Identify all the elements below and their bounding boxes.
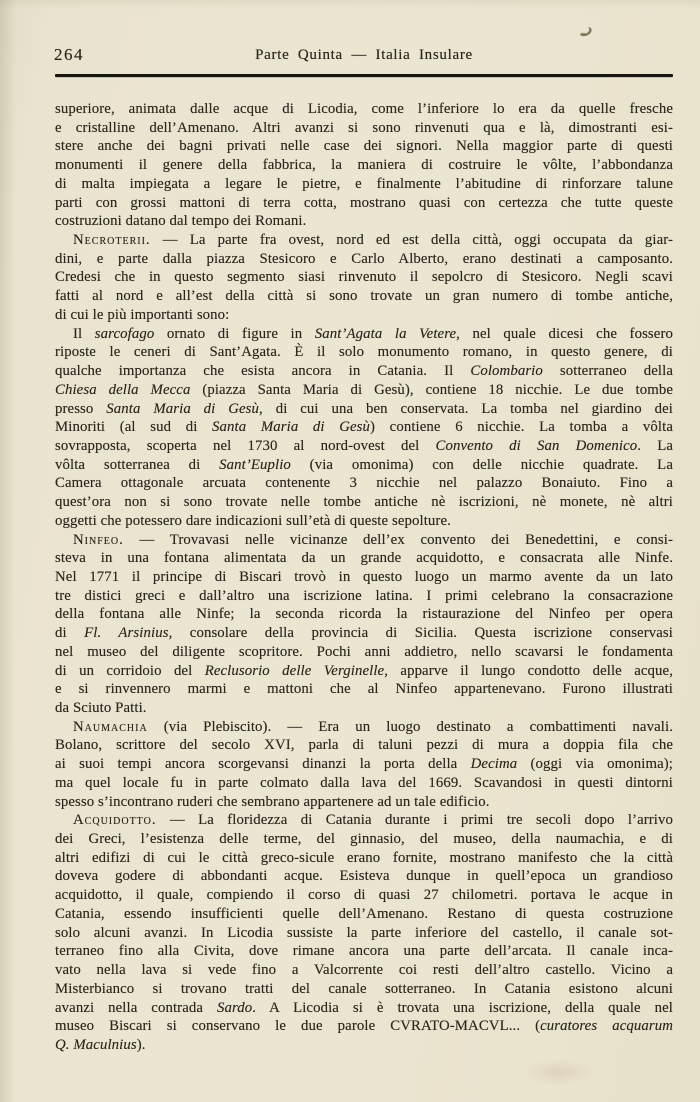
text-line: doveva godere di abbondanti acque. Esist… — [55, 867, 673, 886]
text-line: e si rinvennero marmi e mattoni che al N… — [55, 680, 673, 699]
text-run: qualche importanza che esista ancora in … — [55, 363, 470, 379]
text-line: e cristalline dell’Amenano. Altri avanzi… — [55, 119, 673, 138]
stain-mark — [523, 1059, 595, 1085]
text-line: monumenti il genere della fabbrica, la m… — [55, 156, 673, 175]
text-run: avanzi nella contrada — [55, 1000, 217, 1016]
text-line: Necroterii. — La parte fra ovest, nord e… — [55, 231, 673, 250]
text-run: Bolano, scrittore del secolo XVI, parla … — [55, 737, 673, 753]
paragraph: Necroterii. — La parte fra ovest, nord e… — [55, 231, 673, 325]
text-run: spesso s’incontrano ruderi che sembrano … — [55, 794, 490, 810]
text-line: museo Biscari si conservano le due parol… — [55, 1017, 673, 1036]
text-run: ornato di figure in — [154, 326, 314, 342]
text-run: altri edifizi di cui le città greco-sicu… — [55, 850, 673, 866]
italic-term: Colombario — [470, 363, 543, 379]
text-run: steva in una fontana alimentata da un gr… — [55, 550, 673, 566]
text-line: di cui le più importanti sono: — [55, 306, 673, 325]
text-line: altri edifizi di cui le città greco-sicu… — [55, 849, 673, 868]
text-run: ai suoi tempi ancora scorgevansi dinanzi… — [55, 756, 471, 772]
italic-term: Santa Maria di Gesù — [212, 419, 370, 435]
text-line: Chiesa della Mecca (piazza Santa Maria d… — [55, 381, 673, 400]
text-line: dini, e parte dalla piazza Stesicoro e C… — [55, 250, 673, 269]
text-line: oggetti che potessero dare indicazioni s… — [55, 512, 673, 531]
text-line: superiore, animata dalle acque di Licodi… — [55, 100, 673, 119]
text-run: , nel quale dicesi che fossero — [456, 326, 673, 342]
text-run: . A Licodia si è trovata una iscrizione,… — [252, 1000, 673, 1016]
text-run: della fontana alle Ninfe; la seconda ric… — [55, 606, 673, 622]
text-run: sotterraneo della — [543, 363, 673, 379]
text-line: costruzioni datano dal tempo dei Romani. — [55, 212, 673, 231]
page-top-shadow — [0, 0, 700, 10]
page-edge-shadow — [0, 0, 16, 1102]
text-run: (oggi via omonima); — [517, 756, 673, 772]
italic-term: Santa Maria di Gesù — [106, 401, 259, 417]
header-rule — [55, 74, 673, 77]
text-run: di malta impiegata a legare le pietre, e… — [55, 176, 673, 192]
text-line: quest’ora non si sono trovate nelle tomb… — [55, 493, 673, 512]
text-line: presso Santa Maria di Gesù, di cui una b… — [55, 400, 673, 419]
italic-term: curatores acquarum — [540, 1018, 673, 1034]
text-run: dini, e parte dalla piazza Stesicoro e C… — [55, 251, 673, 267]
text-run: presso — [55, 401, 106, 417]
text-line: fatti al nord e all’est della città si s… — [55, 287, 673, 306]
italic-term: Fl. Arsinius — [84, 625, 168, 641]
text-line: acquidotto, il quale, compiendo il corso… — [55, 886, 673, 905]
italic-term: Convento di San Domenico — [436, 438, 638, 454]
text-line: da Sciuto Patti. — [55, 699, 673, 718]
paragraph: Naumachia (via Plebiscito). — Era un luo… — [55, 718, 673, 812]
text-line: riposte le ceneri di Sant’Agata. È il so… — [55, 343, 673, 362]
text-run: terraneo fino alla Civita, dove rimane a… — [55, 943, 673, 959]
text-run: solo alcuni avanzi. In Licodia sussiste … — [55, 925, 673, 941]
text-run: — La floridezza di Catania durante i pri… — [157, 812, 673, 828]
text-line: Nel 1771 il principe di Biscari trovò in… — [55, 568, 673, 587]
text-line: Minoriti (al sud di Santa Maria di Gesù)… — [55, 418, 673, 437]
text-line: ma quel locale fu in parte colmato dalla… — [55, 774, 673, 793]
text-run: superiore, animata dalle acque di Licodi… — [55, 101, 673, 117]
italic-term: sarcofago — [95, 326, 155, 342]
paragraph: Ninfeo. — Trovavasi nelle vicinanze dell… — [55, 531, 673, 718]
text-run: fatti al nord e all’est della città si s… — [55, 288, 673, 304]
text-line: Camera ottagonale arcuata contenente 3 n… — [55, 474, 673, 493]
text-run: vôlta sotterranea di — [55, 457, 219, 473]
text-run: di cui le più importanti sono: — [55, 307, 229, 323]
text-run: (piazza Santa Maria di Gesù), contiene 1… — [190, 382, 673, 398]
book-page: 264 Parte Quinta — Italia Insulare super… — [0, 0, 700, 1102]
text-run: doveva godere di abbondanti acque. Esist… — [55, 868, 673, 884]
italic-term: Q. Maculnius — [55, 1037, 137, 1053]
text-line: Catania, essendo insufficienti quelle de… — [55, 905, 673, 924]
text-run: (via Plebiscito). — Era un luogo destina… — [148, 719, 673, 735]
text-run: . La — [637, 438, 673, 454]
text-line: qualche importanza che esista ancora in … — [55, 362, 673, 381]
text-line: Q. Maculnius). — [55, 1036, 673, 1055]
section-head: Necroterii. — [73, 232, 151, 248]
text-line: terraneo fino alla Civita, dove rimane a… — [55, 942, 673, 961]
page-body: superiore, animata dalle acque di Licodi… — [55, 100, 673, 1055]
text-run: , di cui una ben conservata. La tomba ne… — [259, 401, 673, 417]
text-run: nel museo del diligente scopritore. Poch… — [55, 644, 673, 660]
text-run: ). — [137, 1037, 146, 1053]
text-line: della fontana alle Ninfe; la seconda ric… — [55, 605, 673, 624]
text-line: vôlta sotterranea di Sant’Euplio (via om… — [55, 456, 673, 475]
text-run: Nel 1771 il principe di Biscari trovò in… — [55, 569, 673, 585]
italic-term: Chiesa della Mecca — [55, 382, 190, 398]
text-line: ai suoi tempi ancora scorgevansi dinanzi… — [55, 755, 673, 774]
text-run: Credesi che in questo segmento siasi rin… — [55, 269, 673, 285]
text-run: quest’ora non si sono trovate nelle tomb… — [55, 494, 673, 510]
text-run: ma quel locale fu in parte colmato dalla… — [55, 775, 673, 791]
italic-term: Reclusorio delle Verginelle — [205, 663, 385, 679]
text-line: di Fl. Arsinius, consolare della provinc… — [55, 624, 673, 643]
italic-term: Sardo — [217, 1000, 252, 1016]
text-line: avanzi nella contrada Sardo. A Licodia s… — [55, 999, 673, 1018]
italic-term: Sant’Agata la Vetere — [315, 326, 456, 342]
text-run: Misterbianco si trovano tratti del canal… — [55, 981, 673, 997]
text-line: Ninfeo. — Trovavasi nelle vicinanze dell… — [55, 531, 673, 550]
text-run: dei Greci, l’esistenza delle terme, del … — [55, 831, 673, 847]
italic-term: Decima — [471, 756, 518, 772]
text-run: , apparve il lungo condotto delle acque, — [384, 663, 673, 679]
paragraph: superiore, animata dalle acque di Licodi… — [55, 100, 673, 231]
text-line: stere anche dei bagni privati nelle case… — [55, 137, 673, 156]
text-line: solo alcuni avanzi. In Licodia sussiste … — [55, 924, 673, 943]
text-run: di un corridoio del — [55, 663, 205, 679]
text-run: Camera ottagonale arcuata contenente 3 n… — [55, 475, 673, 491]
text-run: costruzioni datano dal tempo dei Romani. — [55, 213, 306, 229]
text-run: monumenti il genere della fabbrica, la m… — [55, 157, 673, 173]
text-run: — Trovavasi nelle vicinanze dell’ex conv… — [124, 532, 673, 548]
text-run: acquidotto, il quale, compiendo il corso… — [55, 887, 673, 903]
text-line: steva in una fontana alimentata da un gr… — [55, 549, 673, 568]
text-line: di un corridoio del Reclusorio delle Ver… — [55, 662, 673, 681]
text-line: nel museo del diligente scopritore. Poch… — [55, 643, 673, 662]
text-run: da Sciuto Patti. — [55, 700, 147, 716]
text-line: spesso s’incontrano ruderi che sembrano … — [55, 793, 673, 812]
text-run: tre distici greci e dall’altro una iscri… — [55, 588, 673, 604]
text-run: e si rinvennero marmi e mattoni che al N… — [55, 681, 673, 697]
text-run: ) contiene 6 nicchie. La tomba a vôlta — [370, 419, 673, 435]
text-run: vato nella lava si vede fino a Valcorren… — [55, 962, 673, 978]
text-line: Il sarcofago ornato di figure in Sant’Ag… — [55, 325, 673, 344]
text-run: — La parte fra ovest, nord ed est della … — [151, 232, 673, 248]
text-line: tre distici greci e dall’altro una iscri… — [55, 587, 673, 606]
text-line: sovrapposta, scoperta nel 1730 al nord-o… — [55, 437, 673, 456]
text-line: Naumachia (via Plebiscito). — Era un luo… — [55, 718, 673, 737]
ink-smudge-icon — [577, 21, 599, 41]
text-line: vato nella lava si vede fino a Valcorren… — [55, 961, 673, 980]
text-line: Bolano, scrittore del secolo XVI, parla … — [55, 736, 673, 755]
text-line: Acquidotto. — La floridezza di Catania d… — [55, 811, 673, 830]
text-run: di — [55, 625, 84, 641]
text-run: stere anche dei bagni privati nelle case… — [55, 138, 673, 154]
section-head: Naumachia — [73, 719, 148, 735]
text-run: riposte le ceneri di Sant’Agata. È il so… — [55, 344, 673, 360]
text-run: , consolare della provincia di Sicilia. … — [169, 625, 673, 641]
text-line: parti con grossi mattoni di terra cotta,… — [55, 194, 673, 213]
text-line: Credesi che in questo segmento siasi rin… — [55, 268, 673, 287]
text-run: museo Biscari si conservano le due parol… — [55, 1018, 540, 1034]
text-run: e cristalline dell’Amenano. Altri avanzi… — [55, 120, 673, 136]
text-run: Il — [73, 326, 95, 342]
text-line: di malta impiegata a legare le pietre, e… — [55, 175, 673, 194]
paragraph: Acquidotto. — La floridezza di Catania d… — [55, 811, 673, 1054]
italic-term: Sant’Euplio — [219, 457, 291, 473]
running-title: Parte Quinta — Italia Insulare — [55, 47, 673, 64]
text-run: sovrapposta, scoperta nel 1730 al nord-o… — [55, 438, 436, 454]
section-head: Acquidotto. — [73, 812, 157, 828]
text-line: dei Greci, l’esistenza delle terme, del … — [55, 830, 673, 849]
text-run: (via omonima) con delle nicchie quadrate… — [291, 457, 673, 473]
text-run: oggetti che potessero dare indicazioni s… — [55, 513, 451, 529]
text-run: parti con grossi mattoni di terra cotta,… — [55, 195, 673, 211]
section-head: Ninfeo. — [73, 532, 124, 548]
paragraph: Il sarcofago ornato di figure in Sant’Ag… — [55, 325, 673, 531]
text-line: Misterbianco si trovano tratti del canal… — [55, 980, 673, 999]
text-run: Minoriti (al sud di — [55, 419, 212, 435]
text-run: Catania, essendo insufficienti quelle de… — [55, 906, 673, 922]
